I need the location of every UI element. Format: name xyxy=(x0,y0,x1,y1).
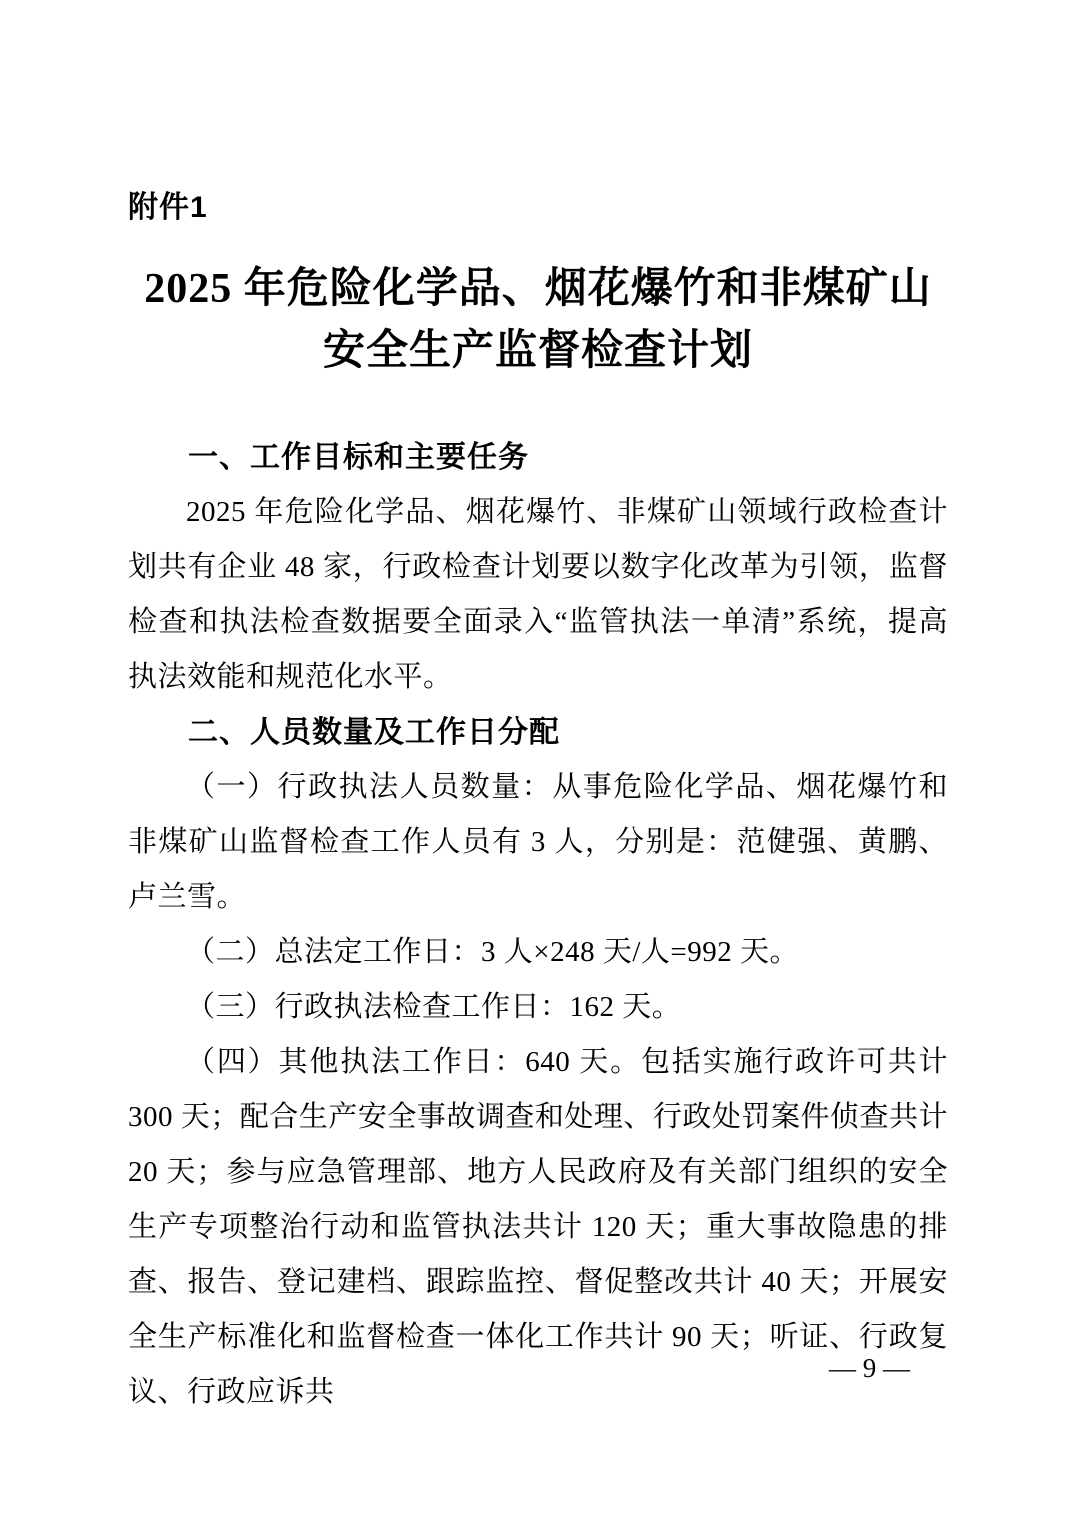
paragraph-enforcement-inspection-workdays: （三）行政执法检查工作日：162 天。 xyxy=(128,980,948,1035)
section-heading-work-goals: 一、工作目标和主要任务 xyxy=(128,430,948,485)
paragraph-other-enforcement-workdays: （四）其他执法工作日：640 天。包括实施行政许可共计 300 天；配合生产安全… xyxy=(128,1035,948,1420)
paragraph-total-statutory-workdays: （二）总法定工作日：3 人×248 天/人=992 天。 xyxy=(128,925,948,980)
document-body: 一、工作目标和主要任务 2025 年危险化学品、烟花爆竹、非煤矿山领域行政检查计… xyxy=(128,430,948,1420)
document-title-line-2: 安全生产监督检查计划 xyxy=(128,320,948,382)
paragraph-personnel-count: （一）行政执法人员数量：从事危险化学品、烟花爆竹和非煤矿山监督检查工作人员有 3… xyxy=(128,760,948,925)
attachment-label: 附件1 xyxy=(128,190,948,226)
paragraph-work-goals: 2025 年危险化学品、烟花爆竹、非煤矿山领域行政检查计划共有企业 48 家，行… xyxy=(128,485,948,705)
section-heading-personnel-allocation: 二、人员数量及工作日分配 xyxy=(128,705,948,760)
document-content: 附件1 2025 年危险化学品、烟花爆竹和非煤矿山 安全生产监督检查计划 一、工… xyxy=(128,190,948,1420)
document-title: 2025 年危险化学品、烟花爆竹和非煤矿山 安全生产监督检查计划 xyxy=(128,258,948,382)
document-title-line-1: 2025 年危险化学品、烟花爆竹和非煤矿山 xyxy=(128,258,948,320)
document-page: 附件1 2025 年危险化学品、烟花爆竹和非煤矿山 安全生产监督检查计划 一、工… xyxy=(0,0,1074,1520)
page-number: — 9 — xyxy=(829,1352,910,1384)
